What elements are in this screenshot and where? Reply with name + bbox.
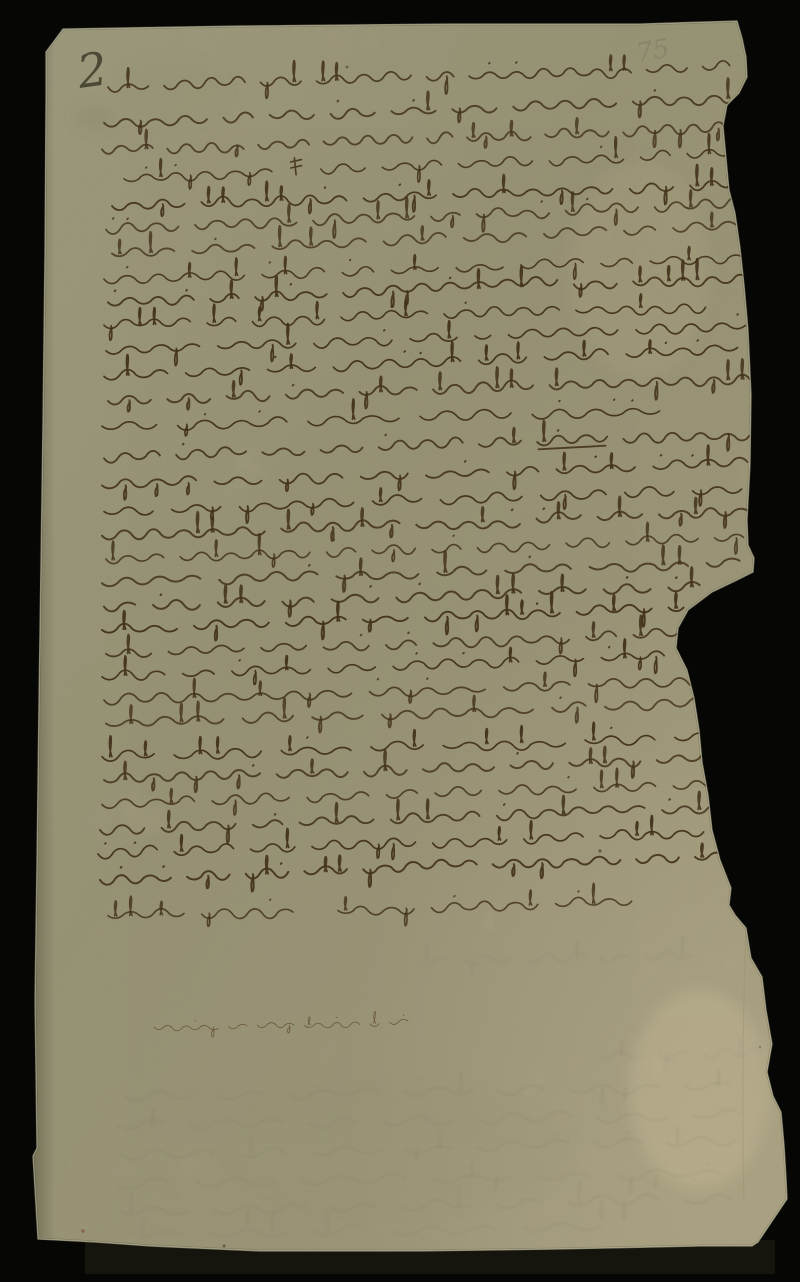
archive-number: 75 [634,34,672,69]
letter-photo: 2 75 [0,0,800,1282]
paper-sheet: 2 75 [0,0,800,1282]
letter-page-svg: 2 75 [0,0,800,1282]
